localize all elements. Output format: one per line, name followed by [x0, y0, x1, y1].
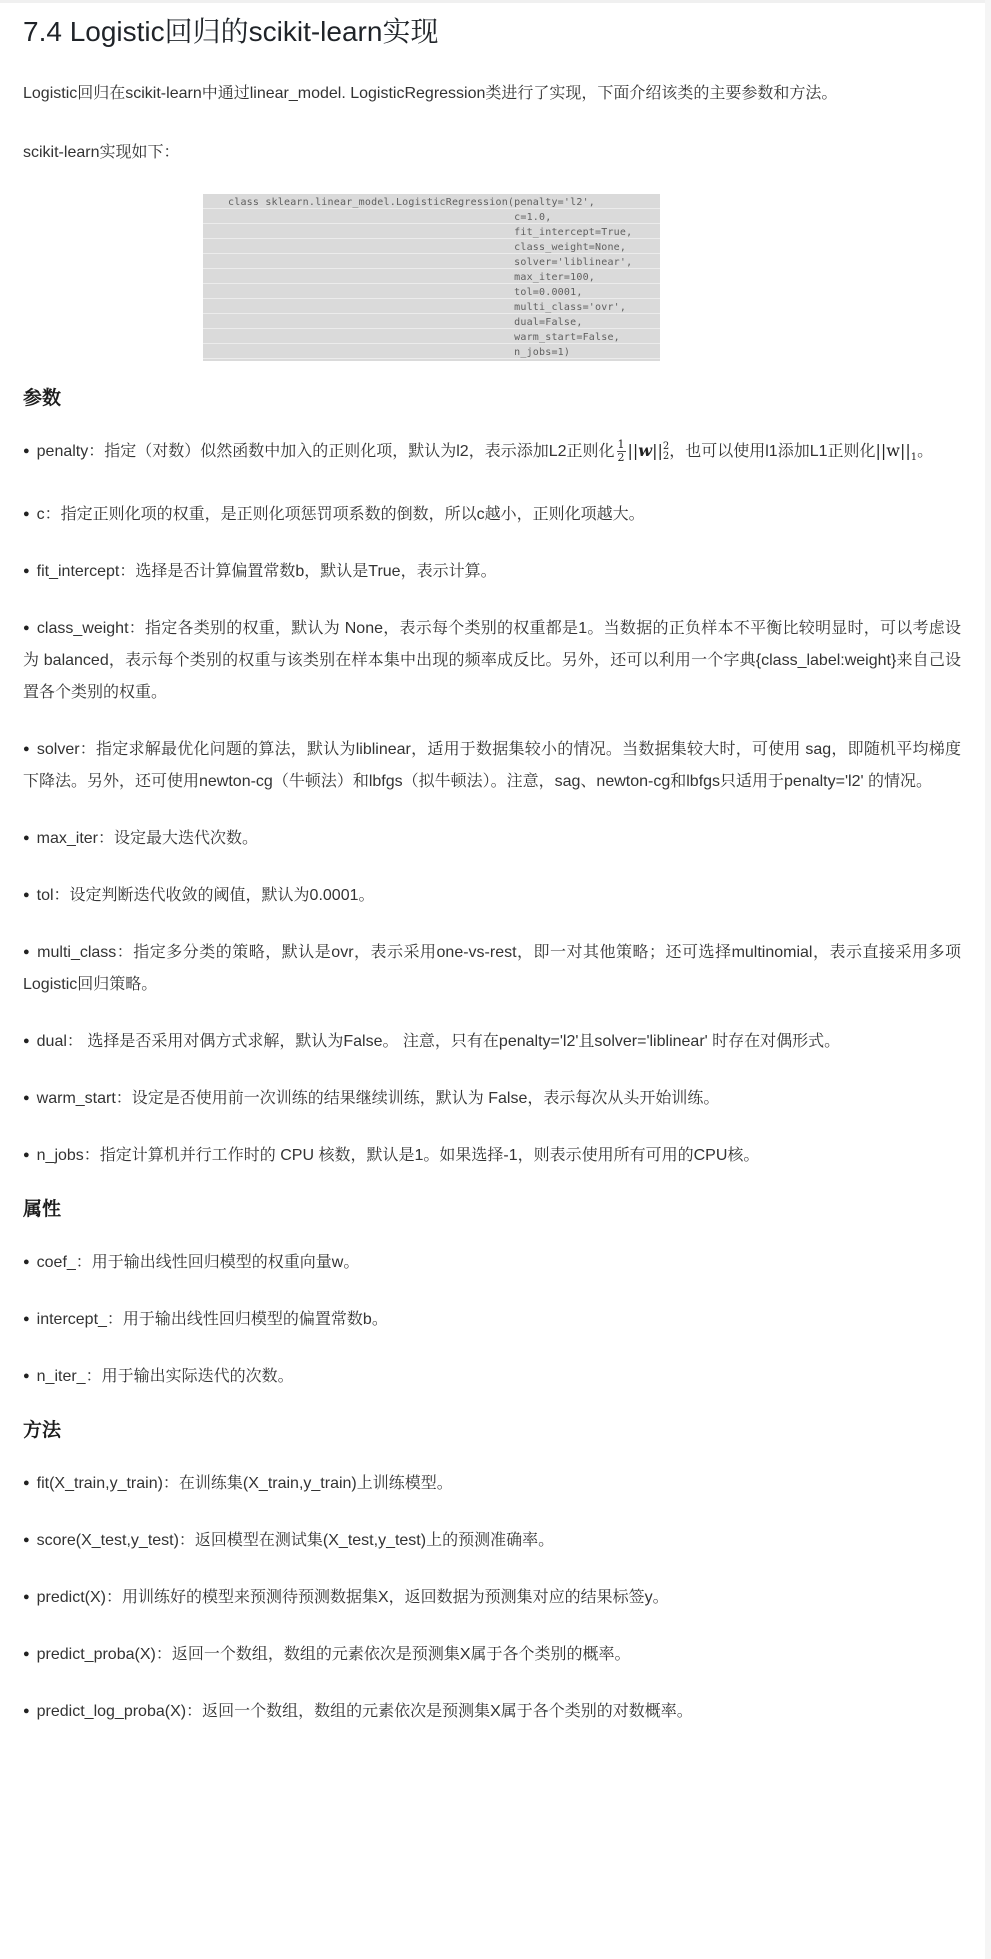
param-item-multi-class: ●multi_class：指定多分类的策略，默认是ovr，表示采用one-vs-…: [23, 936, 961, 1001]
method-item-predict-proba: ●predict_proba(X)：返回一个数组，数组的元素依次是预测集X属于各…: [23, 1638, 961, 1671]
method-item-text: score(X_test,y_test)：返回模型在测试集(X_test,y_t…: [37, 1532, 554, 1549]
impl-intro-line: scikit-learn实现如下：: [23, 137, 961, 169]
bullet-dot-icon: ●: [23, 508, 30, 520]
param-item-text: solver：指定求解最优化问题的算法，默认为liblinear，适用于数据集较…: [23, 741, 961, 790]
method-item-text: predict(X)：用训练好的模型来预测待预测数据集X，返回数据为预测集对应的…: [37, 1589, 669, 1606]
param-item-solver: ●solver：指定求解最优化问题的算法，默认为liblinear，适用于数据集…: [23, 733, 961, 798]
l1-norm-formula: ||w||1: [876, 441, 918, 460]
param-item-text: n_jobs：指定计算机并行工作时的 CPU 核数，默认是1。如果选择-1，则表…: [37, 1147, 760, 1164]
param-item-text: fit_intercept：选择是否计算偏置常数b，默认是True，表示计算。: [37, 563, 497, 580]
param-item-text: class_weight：指定各类别的权重，默认为 None，表示每个类别的权重…: [23, 620, 961, 701]
method-item-text: predict_proba(X)：返回一个数组，数组的元素依次是预测集X属于各个…: [37, 1646, 631, 1663]
bullet-dot-icon: ●: [23, 832, 30, 844]
attr-item-coef: ●coef_：用于输出线性回归模型的权重向量w。: [23, 1246, 961, 1279]
attr-item-text: intercept_：用于输出线性回归模型的偏置常数b。: [37, 1311, 388, 1328]
bullet-dot-icon: ●: [23, 622, 30, 634]
bullet-dot-icon: ●: [23, 743, 30, 755]
bullet-dot-icon: ●: [23, 1591, 30, 1603]
intro-paragraph: Logistic回归在scikit-learn中通过linear_model. …: [23, 78, 961, 110]
param-item-penalty: ●penalty：指定（对数）似然函数中加入的正则化项，默认为l2，表示添加L2…: [23, 435, 961, 474]
page-title: 7.4 Logistic回归的scikit-learn实现: [23, 14, 961, 50]
bullet-dot-icon: ●: [23, 1477, 30, 1489]
section-heading-attributes: 属性: [23, 1198, 961, 1222]
param-item-tol: ●tol：设定判断迭代收敛的阈值，默认为0.0001。: [23, 879, 961, 912]
param-item-text: multi_class：指定多分类的策略，默认是ovr，表示采用one-vs-r…: [23, 944, 961, 993]
penalty-text-tail: 也可以使用l1添加L1正则化: [685, 443, 875, 460]
attr-item-text: n_iter_：用于输出实际迭代的次数。: [37, 1368, 294, 1385]
penalty-text-end: 。: [917, 443, 933, 460]
param-item-text: c：指定正则化项的权重，是正则化项惩罚项系数的倒数，所以c越小，正则化项越大。: [37, 506, 645, 523]
method-item-text: fit(X_train,y_train)：在训练集(X_train,y_trai…: [37, 1475, 453, 1492]
norm-open: ||: [628, 441, 639, 460]
bullet-dot-icon: ●: [23, 1648, 30, 1660]
fraction-denominator: 2: [617, 452, 626, 465]
bullet-dot-icon: ●: [23, 1035, 30, 1047]
weight-vector-symbol: w: [638, 441, 652, 460]
norm-close: ||: [652, 441, 663, 460]
fraction-numerator: 1: [617, 439, 626, 453]
bullet-dot-icon: ●: [23, 1092, 30, 1104]
method-item-predict-log-proba: ●predict_log_proba(X)：返回一个数组，数组的元素依次是预测集…: [23, 1695, 961, 1728]
bullet-dot-icon: ●: [23, 445, 30, 457]
fraction-one-half: 12: [617, 439, 626, 465]
bullet-dot-icon: ●: [23, 946, 30, 958]
method-item-score: ●score(X_test,y_test)：返回模型在测试集(X_test,y_…: [23, 1524, 961, 1557]
method-item-predict: ●predict(X)：用训练好的模型来预测待预测数据集X，返回数据为预测集对应…: [23, 1581, 961, 1614]
l1-norm-body: ||w||: [876, 441, 911, 460]
bullet-dot-icon: ●: [23, 565, 30, 577]
param-item-text: max_iter：设定最大迭代次数。: [37, 830, 258, 847]
param-item-text: tol：设定判断迭代收敛的阈值，默认为0.0001。: [37, 887, 375, 904]
bullet-dot-icon: ●: [23, 889, 30, 901]
l2-norm-formula: ||w||22: [628, 441, 670, 460]
bullet-dot-icon: ●: [23, 1705, 30, 1717]
param-item-n-jobs: ●n_jobs：指定计算机并行工作时的 CPU 核数，默认是1。如果选择-1，则…: [23, 1139, 961, 1172]
param-item-max-iter: ●max_iter：设定最大迭代次数。: [23, 822, 961, 855]
param-item-c: ●c：指定正则化项的权重，是正则化项惩罚项系数的倒数，所以c越小，正则化项越大。: [23, 498, 961, 531]
param-item-text: dual： 选择是否采用对偶方式求解，默认为False。 注意，只有在penal…: [37, 1033, 841, 1050]
code-text: class sklearn.linear_model.LogisticRegre…: [203, 195, 660, 360]
section-heading-parameters: 参数: [23, 387, 961, 411]
page-top-edge: [0, 0, 991, 3]
penalty-text-mid: ，: [669, 443, 685, 460]
bullet-dot-icon: ●: [23, 1370, 30, 1382]
section-heading-methods: 方法: [23, 1419, 961, 1443]
bullet-dot-icon: ●: [23, 1149, 30, 1161]
param-item-fit-intercept: ●fit_intercept：选择是否计算偏置常数b，默认是True，表示计算。: [23, 555, 961, 588]
bullet-dot-icon: ●: [23, 1256, 30, 1268]
method-item-fit: ●fit(X_train,y_train)：在训练集(X_train,y_tra…: [23, 1467, 961, 1500]
method-item-text: predict_log_proba(X)：返回一个数组，数组的元素依次是预测集X…: [37, 1703, 693, 1720]
param-item-dual: ●dual： 选择是否采用对偶方式求解，默认为False。 注意，只有在pena…: [23, 1025, 961, 1058]
penalty-text-pre: penalty：指定（对数）似然函数中加入的正则化项，默认为l2，表示添加L2正…: [37, 443, 615, 460]
code-screenshot-figure: class sklearn.linear_model.LogisticRegre…: [203, 194, 660, 361]
bullet-dot-icon: ●: [23, 1313, 30, 1325]
document-page: 7.4 Logistic回归的scikit-learn实现 Logistic回归…: [0, 0, 991, 1728]
page-right-edge: [985, 0, 991, 1959]
attr-item-text: coef_：用于输出线性回归模型的权重向量w。: [37, 1254, 360, 1271]
param-item-text: warm_start：设定是否使用前一次训练的结果继续训练，默认为 False，…: [37, 1090, 720, 1107]
bullet-dot-icon: ●: [23, 1534, 30, 1546]
param-item-warm-start: ●warm_start：设定是否使用前一次训练的结果继续训练，默认为 False…: [23, 1082, 961, 1115]
param-item-class-weight: ●class_weight：指定各类别的权重，默认为 None，表示每个类别的权…: [23, 612, 961, 709]
attr-item-intercept: ●intercept_：用于输出线性回归模型的偏置常数b。: [23, 1303, 961, 1336]
attr-item-n-iter: ●n_iter_：用于输出实际迭代的次数。: [23, 1360, 961, 1393]
